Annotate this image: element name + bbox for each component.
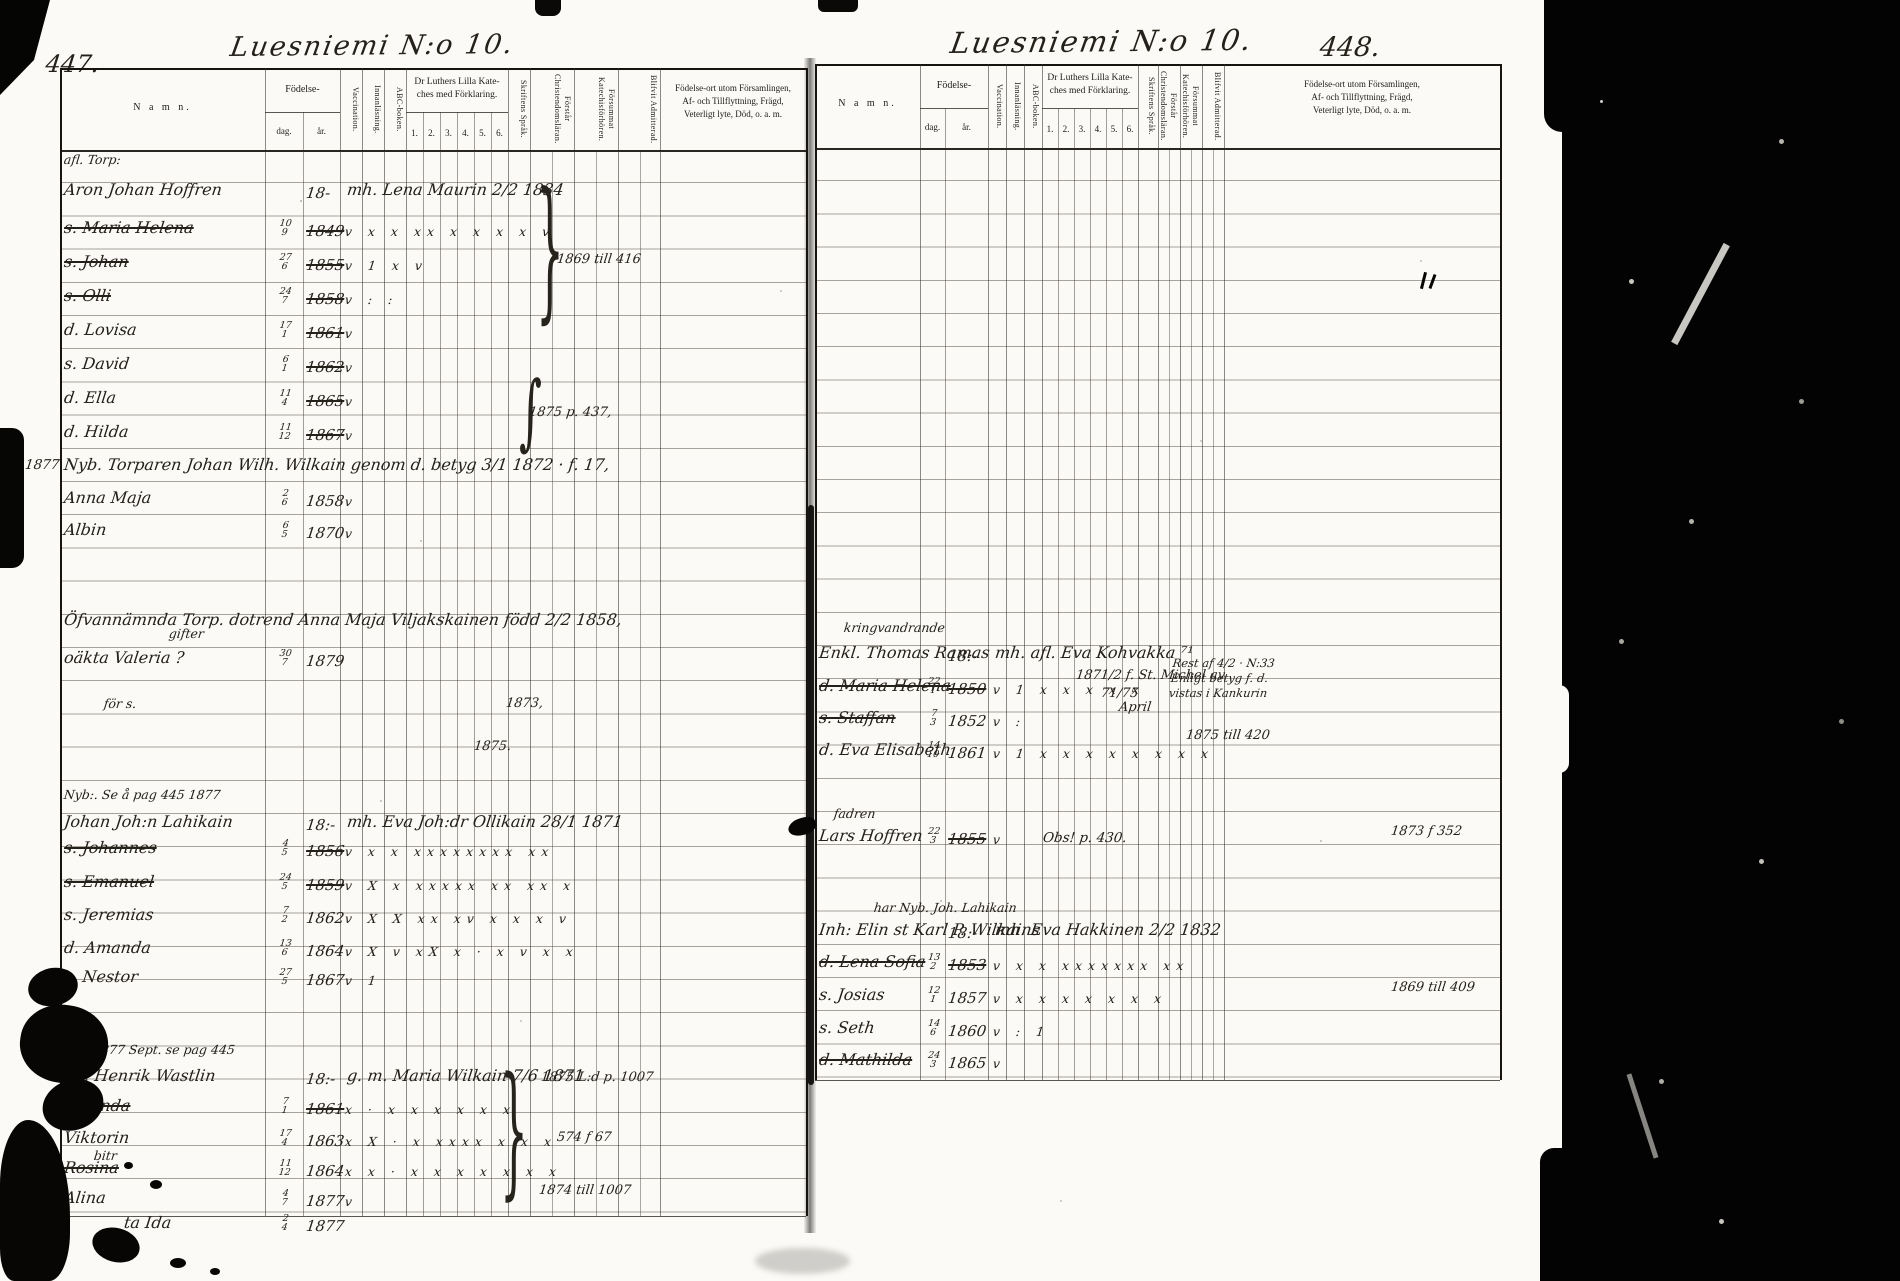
entry-birth-day-part: 12: [269, 433, 300, 442]
entry-margin-note: 1877: [24, 457, 60, 473]
column-header-birth: Födelse-: [265, 84, 340, 95]
entry-exam-marks: v: [344, 394, 359, 409]
entry-birth-day-part: 1: [269, 1107, 300, 1116]
entry-note: 1875 till 420: [1185, 728, 1271, 743]
entry-birth-year: 1867: [305, 426, 345, 444]
entry-name: Öfvannämnda Torp. dotrend Anna Maja Vilj…: [63, 610, 623, 629]
entry-birth-day: 121: [924, 987, 943, 1004]
entry-exam-marks: v x x xx x x x x v: [344, 224, 556, 239]
scan-black-band-edge-top: [1544, 0, 1574, 132]
column-header-catechism-grade: 3.: [440, 128, 457, 138]
entry-birth-year: 1858: [305, 290, 345, 308]
entry-exam-marks: v: [344, 1194, 359, 1209]
entry-note: 574 f 67: [556, 1130, 612, 1145]
column-header-vaccination: Vaccination.: [343, 72, 360, 146]
entry-name: d. Lena Sofia: [818, 952, 927, 971]
entry-name: gifter: [168, 626, 205, 641]
entry-birth-day-part: 6: [269, 263, 300, 272]
entry-exam-marks: v X X xx xv x x x v: [344, 911, 573, 926]
entry-name: d. Hilda: [63, 422, 130, 441]
column-header-catechism: ches med Förklaring.: [400, 89, 514, 101]
column-header-catechism-grade: 6.: [491, 128, 508, 138]
column-header-birth-year: år.: [303, 126, 340, 136]
entry-birth-year: 1862: [305, 909, 345, 927]
column-header-catechism-grade: 5.: [1106, 124, 1122, 134]
column-header-name: N a m n.: [60, 102, 265, 113]
entry-birth-day-part: 1: [269, 365, 300, 374]
entry-birth-year: 1859: [305, 876, 345, 894]
entry-birth-day: 71: [269, 1098, 301, 1115]
entry-note: 1869 till 409: [1390, 980, 1476, 995]
column-bodyline: [640, 150, 641, 1216]
entry-name: s. Johannes: [63, 838, 158, 857]
entry-name: afl. Torp:: [63, 152, 122, 167]
ledger-sheet: 447. Luesniemi N:o 10. 448. Luesniemi N:…: [0, 0, 1900, 1281]
entry-exam-marks: v: [992, 832, 1007, 847]
column-header-birth: Födelse-: [920, 80, 988, 91]
column-line: [660, 68, 661, 1216]
entry-birth-year: 18:-: [305, 816, 336, 834]
entry-birth-day-part: 2: [924, 963, 942, 972]
entry-birth-day-part: 10: [924, 751, 942, 760]
brace-mark: ∫: [519, 372, 542, 454]
column-header-catechism-grade: 1.: [406, 128, 423, 138]
column-header-understands-doctrine: Förstår Christendomsläran.: [1160, 68, 1178, 144]
entry-birth-day: 275: [269, 969, 301, 986]
column-header-notes-line: Veterligt lyte, Död, o. a. m.: [1228, 104, 1496, 117]
entry-birth-year: 1879: [305, 652, 345, 670]
entry-exam-marks: x x · x x x x x x x: [344, 1164, 563, 1179]
entry-note: 1874 till 1007: [538, 1183, 632, 1198]
scan-band-white-notch: [1549, 685, 1569, 773]
entry-birth-year: 1867: [305, 971, 345, 989]
column-header-catechism-grade: 2.: [423, 128, 440, 138]
column-header-notes: Födelse-ort utom Församlingen,Af- och Ti…: [1228, 78, 1496, 117]
entry-exam-marks: v x x xxxxxxxx xx: [344, 844, 555, 859]
column-line: [574, 68, 575, 1216]
entry-birth-day-part: 6: [924, 1029, 942, 1038]
entry-exam-marks: v : :: [344, 292, 399, 307]
column-header-name: N a m n.: [815, 98, 920, 109]
entry-birth-day: 132: [924, 954, 943, 971]
entry-birth-day-part: 5: [269, 849, 300, 858]
entry-exam-marks: v x x x x x x x: [992, 991, 1168, 1006]
entry-note: 1873,: [505, 696, 544, 711]
entry-birth-year: 1877: [305, 1217, 345, 1235]
entry-birth-year: 18:-: [305, 1070, 336, 1088]
column-line: [618, 68, 619, 1216]
entry-birth-day-part: 3: [924, 1061, 942, 1070]
entry-birth-day: 72: [269, 907, 301, 924]
entry-birth-day-part: 4: [269, 1139, 300, 1148]
gutter-shadow-dark: [808, 505, 814, 1085]
entry-exam-marks: v X v xX x · x v x x: [344, 944, 580, 959]
entry-birth-year: 18-: [305, 184, 331, 202]
entry-note: 1869 till 416: [556, 252, 642, 267]
column-header-reading: Innanläsning.: [1009, 68, 1022, 144]
entry-birth-day-part: 2: [269, 916, 300, 925]
entry-birth-day: 65: [269, 522, 301, 539]
column-header-notes: Födelse-ort utom Församlingen,Af- och Ti…: [664, 82, 802, 121]
column-header-notes-line: Födelse-ort utom Församlingen,: [664, 82, 802, 95]
entry-birth-day: 114: [269, 390, 301, 407]
entry-name: kringvandrande: [843, 620, 946, 635]
entry-note-line: Enligt betyg f. d.: [1170, 671, 1274, 686]
entry-exam-marks: v x x xxxxxxx xx: [992, 958, 1190, 973]
entry-name: d. Amanda: [63, 938, 152, 957]
column-header-admitted: Blifvit Admitterad.: [1204, 68, 1222, 144]
column-line: [384, 68, 385, 1216]
entry-name: d. Lovisa: [63, 320, 138, 339]
brace-mark: }: [536, 176, 564, 329]
entry-name: Lars Hoffren: [818, 826, 924, 845]
entry-birth-day-part: 7: [269, 297, 300, 306]
entry-birth-year: 1861: [305, 324, 345, 342]
column-header-reading: Innanläsning.: [365, 72, 382, 146]
entry-name: Albin: [63, 520, 108, 539]
entry-birth-day-part: 1: [924, 996, 942, 1005]
entry-exam-marks: v: [992, 1056, 1007, 1071]
table-bottom-border: [815, 1080, 1500, 1081]
entry-mid-note: Obs! p. 430.: [1042, 830, 1128, 846]
entry-birth-day: 1112: [269, 424, 301, 441]
column-bodyline: [1169, 148, 1170, 1080]
entry-birth-day: 1410: [924, 742, 943, 759]
entry-exam-marks: v X x xxxxx xx xx x: [344, 878, 577, 893]
entry-birth-day-part: 4: [269, 1224, 300, 1233]
entry-birth-day-part: 3: [924, 719, 942, 728]
page-title-left: Luesniemi N:o 10.: [228, 29, 517, 63]
entry-exam-marks: v: [344, 326, 359, 341]
entry-exam-marks: v: [344, 360, 359, 375]
entry-name: har Nyb. Joh. Lahikain: [873, 900, 1018, 915]
entry-birth-year: 18:-: [947, 647, 978, 665]
entry-birth-day: 171: [269, 322, 301, 339]
entry-birth-day: 73: [924, 710, 943, 727]
entry-birth-day: 26: [269, 490, 301, 507]
entry-birth-year: 1861: [305, 1100, 345, 1118]
column-header-birth-day: dag.: [920, 122, 945, 132]
page-number-right: 448.: [1318, 32, 1382, 63]
entry-birth-day-part: 5: [269, 883, 300, 892]
entry-name: s. Seth: [818, 1018, 876, 1037]
entry-birth-day-part: 9: [269, 229, 300, 238]
paper-speckles: [300, 200, 302, 202]
column-header-catechism-grade: 4.: [1090, 124, 1106, 134]
entry-name: s. Maria Helena: [63, 218, 195, 237]
column-header-catechism-grade: 5.: [474, 128, 491, 138]
column-bodyline: [1213, 148, 1214, 1080]
column-line: [340, 68, 341, 1216]
entry-birth-day: 243: [924, 1052, 943, 1069]
entry-name: s. David: [63, 354, 130, 373]
entry-birth-day-part: 6: [269, 499, 300, 508]
column-header-catechism: ches med Förklaring.: [1036, 85, 1144, 97]
scan-black-band: [1562, 0, 1900, 1281]
column-header-vaccination: Vaccination.: [991, 68, 1004, 144]
ink-speck: [210, 1268, 220, 1275]
entry-name: oäkta Valeria ?: [63, 648, 185, 667]
page-title-right: Luesniemi N:o 10.: [948, 23, 1256, 60]
column-header-catechism-grade: 4.: [457, 128, 474, 138]
entry-birth-day: 247: [269, 288, 301, 305]
entry-name: s. Josias: [818, 985, 886, 1004]
entry-name: s. Olli: [63, 286, 112, 305]
entry-birth-day: 174: [269, 1130, 301, 1147]
column-header-missed-catechism: Försummat Katechisförhören.: [576, 72, 616, 146]
column-bodyline: [596, 150, 597, 1216]
entry-note: 71/75: [1100, 686, 1139, 701]
entry-birth-day: 45: [269, 840, 301, 857]
brace-mark: }: [500, 1062, 528, 1205]
entry-name: bitr: [93, 1148, 118, 1163]
entry-birth-year: 1863: [305, 1132, 345, 1150]
column-subline: [440, 112, 441, 1216]
column-header-notes-line: Födelse-ort utom Församlingen,: [1228, 78, 1496, 91]
entry-name: d. Ella: [63, 388, 117, 407]
entry-birth-year: 1860: [947, 1022, 987, 1040]
entry-name: Aron Johan Hoffren: [63, 180, 223, 199]
scan-smudge: [755, 1248, 850, 1274]
entry-birth-day-part: 6: [269, 949, 300, 958]
column-header-birth-year: år.: [945, 122, 988, 132]
scanned-parish-register-spread: { "left": { "page_number": "447.", "titl…: [0, 0, 1900, 1281]
entry-name: Nyb:. Se å pag 445 1877: [63, 787, 221, 802]
column-line: [508, 68, 509, 1216]
entry-exam-marks: v :: [992, 714, 1027, 729]
column-header-understands-doctrine: Förstår Christendomsläran.: [532, 72, 572, 146]
entry-birth-year: 1870: [305, 524, 345, 542]
entry-birth-year: 1855: [947, 830, 987, 848]
entry-birth-day-part: 3: [924, 837, 942, 846]
column-header-catechism-grade: 2.: [1058, 124, 1074, 134]
column-header-catechism: Dr Luthers Lilla Kate-: [1036, 72, 1144, 84]
entry-birth-day: 223: [924, 828, 943, 845]
scan-top-edge-mark: [818, 0, 858, 12]
entry-birth-day: 109: [269, 220, 301, 237]
entry-name: för s.: [103, 696, 137, 711]
entry-note-line: Rest af 4/2 · N:33: [1172, 656, 1276, 671]
column-subline: [457, 112, 458, 1216]
entry-birth-year: 18:-: [947, 924, 978, 942]
entry-exam-marks: v 1 x v: [344, 258, 429, 273]
column-header-notes-line: Af- och Tillflyttning, Frägd,: [664, 95, 802, 108]
entry-birth-day-part: 5: [269, 531, 300, 540]
entry-name: Johan Joh:n Lahikain: [63, 812, 234, 831]
column-line: [362, 68, 363, 1216]
column-line: [1224, 64, 1225, 1080]
entry-birth-year: 1865: [305, 392, 345, 410]
entry-birth-day: 245: [269, 874, 301, 891]
column-header-missed-catechism: Försummat Katechisförhören.: [1182, 68, 1200, 144]
entry-birth-year: 1850: [947, 680, 987, 698]
entry-spouse-note: mh. Eva Hakkinen 2/2 1832: [994, 920, 1222, 939]
entry-birth-day-part: 12: [269, 1169, 300, 1178]
column-header-catechism-grade: 6.: [1122, 124, 1138, 134]
entry-name: fadren: [833, 806, 876, 821]
entry-birth-year: 1855: [305, 256, 345, 274]
entry-note: April: [1118, 700, 1152, 715]
column-header-scripture: Skriftens Språk.: [510, 72, 528, 146]
entry-name: Viktorin: [63, 1128, 131, 1147]
entry-birth-year: 1861: [947, 744, 987, 762]
column-subline: [491, 112, 492, 1216]
column-line: [265, 68, 266, 1216]
entry-birth-day: 61: [269, 356, 301, 373]
column-header-catechism: Dr Luthers Lilla Kate-: [400, 76, 514, 88]
entry-birth-day-part: 7: [269, 1199, 300, 1208]
entry-birth-year: 1849: [305, 222, 345, 240]
column-line: [530, 68, 531, 1216]
entry-exam-marks: v: [344, 494, 359, 509]
entry-birth-day-part: 1: [269, 331, 300, 340]
column-header-scripture: Skriftens Språk.: [1140, 68, 1156, 144]
entry-birth-year: 1877: [305, 1192, 345, 1210]
entry-birth-year: 1864: [305, 942, 345, 960]
entry-name: ta Ida: [123, 1213, 172, 1232]
scan-corner-blot: [0, 0, 52, 96]
entry-birth-day-part: 1: [924, 687, 942, 696]
entry-birth-year: 1864: [305, 1162, 345, 1180]
column-header-catechism-grade: 3.: [1074, 124, 1090, 134]
entry-note-line: vistas i Kankurin: [1168, 686, 1272, 701]
entry-spouse-note: mh. Lena Maurin 2/2 1834: [346, 180, 565, 199]
table-top-border: [60, 68, 806, 70]
subheader-line-birth: [920, 108, 988, 109]
entry-exam-marks: x · x x x x x x: [344, 1102, 517, 1117]
entry-birth-day-part: 5: [269, 978, 300, 987]
scan-black-band-edge-bottom: [1540, 1148, 1572, 1281]
column-subline: [474, 112, 475, 1216]
column-header-notes-line: Af- och Tillflyttning, Frägd,: [1228, 91, 1496, 104]
entry-birth-day-part: 7: [269, 659, 300, 668]
entry-birth-year: 1857: [947, 989, 987, 1007]
entry-note: 1875.: [473, 739, 512, 754]
column-subline: [423, 112, 424, 1216]
column-header-notes-line: Veterligt lyte, Död, o. a. m.: [664, 108, 802, 121]
entry-exam-marks: v: [344, 526, 359, 541]
entry-birth-year: 1852: [947, 712, 987, 730]
ink-speck: [170, 1258, 186, 1268]
entry-birth-day: 1112: [269, 1160, 301, 1177]
entry-birth-day: 307: [269, 650, 301, 667]
entry-birth-day: 276: [269, 254, 301, 271]
entry-birth-year: 1862: [305, 358, 345, 376]
entry-note: 1873 f 352: [1390, 824, 1463, 839]
entry-birth-year: 1856: [305, 842, 345, 860]
column-header-admitted: Blifvit Admitterad.: [620, 72, 658, 146]
entry-name: s. Emanuel: [63, 872, 155, 891]
scan-left-edge-strip: [0, 428, 24, 568]
entry-spouse-note: mh. Eva Joh:dr Ollikain 28/1 1871: [346, 812, 624, 831]
entry-birth-year: 1865: [947, 1054, 987, 1072]
entry-exam-marks: v 1: [344, 973, 383, 988]
column-header-birth-day: dag.: [265, 126, 303, 136]
entry-name: Anna Maja: [63, 488, 153, 507]
entry-birth-day: 221: [924, 678, 943, 695]
entry-birth-day: 24: [269, 1215, 301, 1232]
column-line: [1500, 64, 1502, 1080]
entry-name: d. Mathilda: [818, 1050, 913, 1069]
column-line: [406, 68, 407, 1216]
column-header-catechism-grade: 1.: [1042, 124, 1058, 134]
scan-top-edge-mark: [535, 0, 561, 16]
entry-birth-day: 136: [269, 940, 301, 957]
column-subline: [303, 112, 304, 1216]
entry-birth-day: 146: [924, 1020, 943, 1037]
page-number-left: 447.: [44, 50, 101, 78]
scan-band-speckles: [1600, 100, 1603, 103]
entry-birth-year: 1853: [947, 956, 987, 974]
entry-note-block: Rest af 4/2 · N:33Enligt betyg f. d.vist…: [1168, 656, 1276, 701]
entry-spouse-note: mh. afl. Eva Kohvakka ⁷¹: [994, 643, 1195, 662]
entry-name: s. Johan: [63, 252, 130, 271]
column-bodyline: [1191, 148, 1192, 1080]
entry-name: s. Staffan: [818, 708, 897, 727]
entry-birth-year: 1858: [305, 492, 345, 510]
entry-exam-marks: v: [344, 428, 359, 443]
entry-name: s. Jeremias: [63, 905, 155, 924]
ink-speck: [150, 1180, 162, 1189]
entry-exam-marks: v : 1: [992, 1024, 1051, 1039]
ink-speck: [124, 1162, 133, 1169]
entry-note: 1875 L:d p. 1007: [540, 1070, 654, 1085]
entry-exam-marks: v 1 x x x x x x x x: [992, 746, 1215, 761]
entry-birth-day-part: 4: [269, 399, 300, 408]
entry-birth-day: 47: [269, 1190, 301, 1207]
